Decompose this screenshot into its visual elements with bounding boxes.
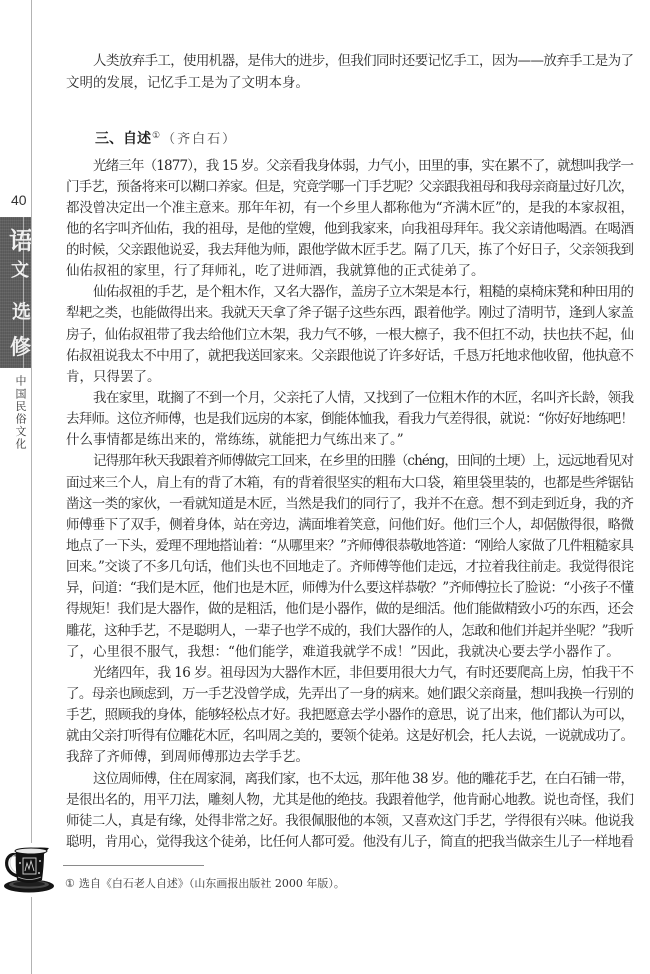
text-line-content: 门手艺，预备将来可以糊口养家。但是，究竟学哪一门手艺呢？父亲跟我祖母和我母亲商量… <box>66 177 633 198</box>
text-line: 房子，仙佑叔祖带了我去给他们立木架，我力气不够，一根大檩子，我不但扛不动，扶也扶… <box>66 325 634 346</box>
text-line: 得规矩！我们是大器作，做的是粗活，他们是小器作，做的是细活。他们能做精致小巧的东… <box>66 599 634 620</box>
intro-paragraph: 人类放弃手工，使用机器，是伟大的进步，但我们同时还要记忆手工，因为——放弃手工是… <box>66 51 634 94</box>
text-line: 什么事情都是练出来的，常练练，就能把力气练出来了。” <box>66 430 634 451</box>
text-line-content: 记得那年秋天我跟着齐师傅做完工回来，在乡里的田塍（chéng，田间的土埂）上，远… <box>93 451 633 472</box>
footnote: ①选自《白石老人自述》（山东画报出版社 2000 年版）。 <box>65 877 345 891</box>
text-line: 回来。”交谈了不多几句话，他们头也不回地走了。齐师傅等他们走远，才拉着我往前走。… <box>66 557 634 578</box>
text-line: 师傅垂下了双手，侧着身体，站在旁边，满面堆着笑意，问他们好。他们三个人，却倨傲得… <box>66 515 634 536</box>
text-line: 仙佑叔祖的家里，行了拜师礼，吃了进师酒，我就算他的正式徒弟了。 <box>66 261 634 282</box>
text-line: 地点了一下头，爱理不理地搭讪着：“从哪里来？”齐师傅很恭敬地答道：“刚给人家做了… <box>66 536 634 557</box>
text-line-content: 的时候，父亲跟他说妥，我去拜他为师，跟他学做木匠手艺。隔了几天，拣了个好日子，父… <box>66 240 633 261</box>
text-line: 了。母亲也顾虑到，万一手艺没曾学成，先弄出了一身的病来。她们跟父亲商量，想叫我换… <box>66 684 634 705</box>
text-line-content: 仙佑叔祖的家里，行了拜师礼，吃了进师酒，我就算他的正式徒弟了。 <box>66 261 485 282</box>
margin-rule-top <box>31 0 32 843</box>
footnote-text: 选自《白石老人自述》（山东画报出版社 2000 年版）。 <box>79 877 345 890</box>
text-line-content: 肯，只得罢了。 <box>66 367 161 388</box>
text-line-content: 得规矩！我们是大器作，做的是粗活，他们是小器作，做的是细活。他们能做精致小巧的东… <box>66 599 633 620</box>
text-line-content: 回来。”交谈了不多几句话，他们头也不回地走了。齐师傅等他们走远，才拉着我往前走。… <box>66 557 633 578</box>
text-line-content: 仙佑叔祖的手艺，是个粗木作，又名大器作，盖房子立木架是本行，粗糙的桌椅床凳和种田… <box>93 282 633 303</box>
text-line: 佑叔祖说我太不中用了，就把我送回家来。父亲跟他说了许多好话，千恳万托地求他收留，… <box>66 346 634 367</box>
text-line: 我在家里，耽搁了不到一个月，父亲托了人情，又找到了一位粗木作的木匠，名叫齐长龄，… <box>66 388 634 409</box>
series-char-xiu: 修 <box>10 336 31 357</box>
series-char-wen: 文 <box>11 262 29 280</box>
text-line-content: 光绪四年，我 16 岁。祖母因为大器作木匠，非但要用很大力气，有时还要爬高上房，… <box>93 663 633 684</box>
text-line: 光绪四年，我 16 岁。祖母因为大器作木匠，非但要用很大力气，有时还要爬高上房，… <box>66 663 634 684</box>
text-line: 犁耙之类，也能做得出来。我就天天拿了斧子锯子这些东西，跟着他学。刚过了清明节，逢… <box>66 303 634 324</box>
text-line-content: 地点了一下头，爱理不理地搭讪着：“从哪里来？”齐师傅很恭敬地答道：“刚给人家做了… <box>66 536 633 557</box>
text-line-content: 我辞了齐师傅，到周师傅那边去学手艺。 <box>66 747 309 768</box>
section-heading: 三、自述①（齐白石） <box>95 126 237 150</box>
text-line-content: 了，心里很不服气，我想：“他们能学，难道我就学不成！”因此，我就决心要去学小器作… <box>66 642 620 663</box>
text-line-content: 佑叔祖说我太不中用了，就把我送回家来。父亲跟他说了许多好话，千恳万托地求他收留，… <box>66 346 633 367</box>
text-line: 人类放弃手工，使用机器，是伟大的进步，但我们同时还要记忆手工，因为——放弃手工是… <box>66 51 634 73</box>
text-line-content: 人类放弃手工，使用机器，是伟大的进步，但我们同时还要记忆手工，因为——放弃手工是… <box>93 51 633 73</box>
text-line-content: 是很出名的，用平刀法，雕刻人物，尤其是他的绝技。我跟着他学，他肯耐心地教。说也奇… <box>66 790 633 811</box>
text-line: 门手艺，预备将来可以糊口养家。但是，究竟学哪一门手艺呢？父亲跟我祖母和我母亲商量… <box>66 177 634 198</box>
text-line-content: 我在家里，耽搁了不到一个月，父亲托了人情，又找到了一位粗木作的木匠，名叫齐长龄，… <box>93 388 633 409</box>
text-line-content: 犁耙之类，也能做得出来。我就天天拿了斧子锯子这些东西，跟着他学。刚过了清明节，逢… <box>66 303 633 324</box>
text-line-content: 师徒二人，真是有缘，处得非常之好。我很佩服他的本领，又喜欢这门手艺，学得很有兴味… <box>66 811 633 832</box>
text-line-content: 异，问道：“我们是木匠，他们也是木匠，师傅为什么要这样恭敬？”齐师傅拉长了脸说：… <box>66 578 633 599</box>
text-line: 是很出名的，用平刀法，雕刻人物，尤其是他的绝技。我跟着他学，他肯耐心地教。说也奇… <box>66 790 634 811</box>
teapot-icon <box>1 843 55 895</box>
text-line-content: 手艺，照顾我的身体，能够轻松点才好。我把愿意去学小器作的意思，说了出来，他们都认… <box>66 705 633 726</box>
page-number: 40 <box>11 192 27 208</box>
text-line: 我辞了齐师傅，到周师傅那边去学手艺。 <box>66 747 634 768</box>
text-line: 聪明，肯用心，觉得我这个徒弟，比任何人都可爱。他没有儿子，简直的把我当做亲生儿子… <box>66 832 634 853</box>
series-title-band: 语 文 选 修 <box>0 217 31 368</box>
footnote-separator <box>63 865 204 866</box>
text-line: 手艺，照顾我的身体，能够轻松点才好。我把愿意去学小器作的意思，说了出来，他们都认… <box>66 705 634 726</box>
text-line-content: 光绪三年（1877），我 15 岁。父亲看我身体弱，力气小，田里的事，实在累不了… <box>93 156 633 177</box>
text-line: 肯，只得罢了。 <box>66 367 634 388</box>
section-title: 三、自述 <box>95 131 151 147</box>
text-line-content: 雕花，这种手艺，不是聪明人，一辈子也学不成的，我们大器作的人，怎敢和他们并起并坐… <box>66 621 633 642</box>
text-line-content: 都没曾决定出一个准主意来。那年年初，有一个乡里人都称他为“齐满木匠”的，是我的本… <box>66 198 634 219</box>
text-line: 记得那年秋天我跟着齐师傅做完工回来，在乡里的田塍（chéng，田间的土埂）上，远… <box>66 451 634 472</box>
footnote-reference[interactable]: ① <box>152 131 160 141</box>
text-line: 文明的发展，记忆手工是为了文明本身。 <box>66 73 634 95</box>
text-line-content: 这位周师傅，住在周家洞，离我们家，也不太远，那年他 38 岁。他的雕花手艺，在白… <box>93 769 633 790</box>
text-line: 面过来三个人，肩上有的背了木箱，有的背着很坚实的粗布大口袋，箱里袋里装的，也都是… <box>66 473 634 494</box>
article-body: 光绪三年（1877），我 15 岁。父亲看我身体弱，力气小，田里的事，实在累不了… <box>66 156 634 854</box>
text-line-content: 文明的发展，记忆手工是为了文明本身。 <box>66 73 309 95</box>
text-line: 他的名字叫齐仙佑，我的祖母，是他的堂嫂，他到我家来，向我祖母拜年。我父亲请他喝酒… <box>66 219 634 240</box>
text-line-content: 房子，仙佑叔祖带了我去给他们立木架，我力气不够，一根大檩子，我不但扛不动，扶也扶… <box>66 325 633 346</box>
text-line: 凿这一类的家伙，一看就知道是木匠，当然是我们的同行了，我并不在意。想不到走到近身… <box>66 494 634 515</box>
text-line-content: 就由父亲打听得有位雕花木匠，名叫周之美的，要领个徒弟。这是好机会，托人去说，一说… <box>66 726 633 747</box>
text-line-content: 师傅垂下了双手，侧着身体，站在旁边，满面堆着笑意，问他们好。他们三个人，却倨傲得… <box>66 515 633 536</box>
text-line-content: 他的名字叫齐仙佑，我的祖母，是他的堂嫂，他到我家来，向我祖母拜年。我父亲请他喝酒… <box>66 219 633 240</box>
text-line: 都没曾决定出一个准主意来。那年年初，有一个乡里人都称他为“齐满木匠”的，是我的本… <box>66 198 634 219</box>
section-author: （齐白石） <box>162 132 237 147</box>
text-line-content: 什么事情都是练出来的，常练练，就能把力气练出来了。” <box>66 430 404 451</box>
text-line: 就由父亲打听得有位雕花木匠，名叫周之美的，要领个徒弟。这是好机会，托人去说，一说… <box>66 726 634 747</box>
text-line: 雕花，这种手艺，不是聪明人，一辈子也学不成的，我们大器作的人，怎敢和他们并起并坐… <box>66 621 634 642</box>
series-char-yu: 语 <box>9 229 31 253</box>
text-line-content: 了。母亲也顾虑到，万一手艺没曾学成，先弄出了一身的病来。她们跟父亲商量，想叫我换… <box>66 684 633 705</box>
text-line: 这位周师傅，住在周家洞，离我们家，也不太远，那年他 38 岁。他的雕花手艺，在白… <box>66 769 634 790</box>
text-line-content: 面过来三个人，肩上有的背了木箱，有的背着很坚实的粗布大口袋，箱里袋里装的，也都是… <box>66 473 633 494</box>
text-line: 的时候，父亲跟他说妥，我去拜他为师，跟他学做木匠手艺。隔了几天，拣了个好日子，父… <box>66 240 634 261</box>
margin-rule-bottom <box>31 897 32 974</box>
text-line: 仙佑叔祖的手艺，是个粗木作，又名大器作，盖房子立木架是本行，粗糙的桌椅床凳和种田… <box>66 282 634 303</box>
text-line: 师徒二人，真是有缘，处得非常之好。我很佩服他的本领，又喜欢这门手艺，学得很有兴味… <box>66 811 634 832</box>
series-char-xuan: 选 <box>12 303 31 322</box>
text-line-content: 去拜师。这位齐师傅，也是我们远房的本家，倒能体恤我，看我力气差得很，就说：“你好… <box>66 409 633 430</box>
text-line: 了，心里很不服气，我想：“他们能学，难道我就学不成！”因此，我就决心要去学小器作… <box>66 642 634 663</box>
text-line: 去拜师。这位齐师傅，也是我们远房的本家，倒能体恤我，看我力气差得很，就说：“你好… <box>66 409 634 430</box>
footnote-marker: ① <box>65 877 75 890</box>
book-subtitle-vertical: 中国民俗文化 <box>14 375 27 451</box>
text-line: 光绪三年（1877），我 15 岁。父亲看我身体弱，力气小，田里的事，实在累不了… <box>66 156 634 177</box>
text-line-content: 凿这一类的家伙，一看就知道是木匠，当然是我们的同行了，我并不在意。想不到走到近身… <box>66 494 633 515</box>
text-line: 异，问道：“我们是木匠，他们也是木匠，师傅为什么要这样恭敬？”齐师傅拉长了脸说：… <box>66 578 634 599</box>
text-line-content: 聪明，肯用心，觉得我这个徒弟，比任何人都可爱。他没有儿子，简直的把我当做亲生儿子… <box>66 832 633 853</box>
